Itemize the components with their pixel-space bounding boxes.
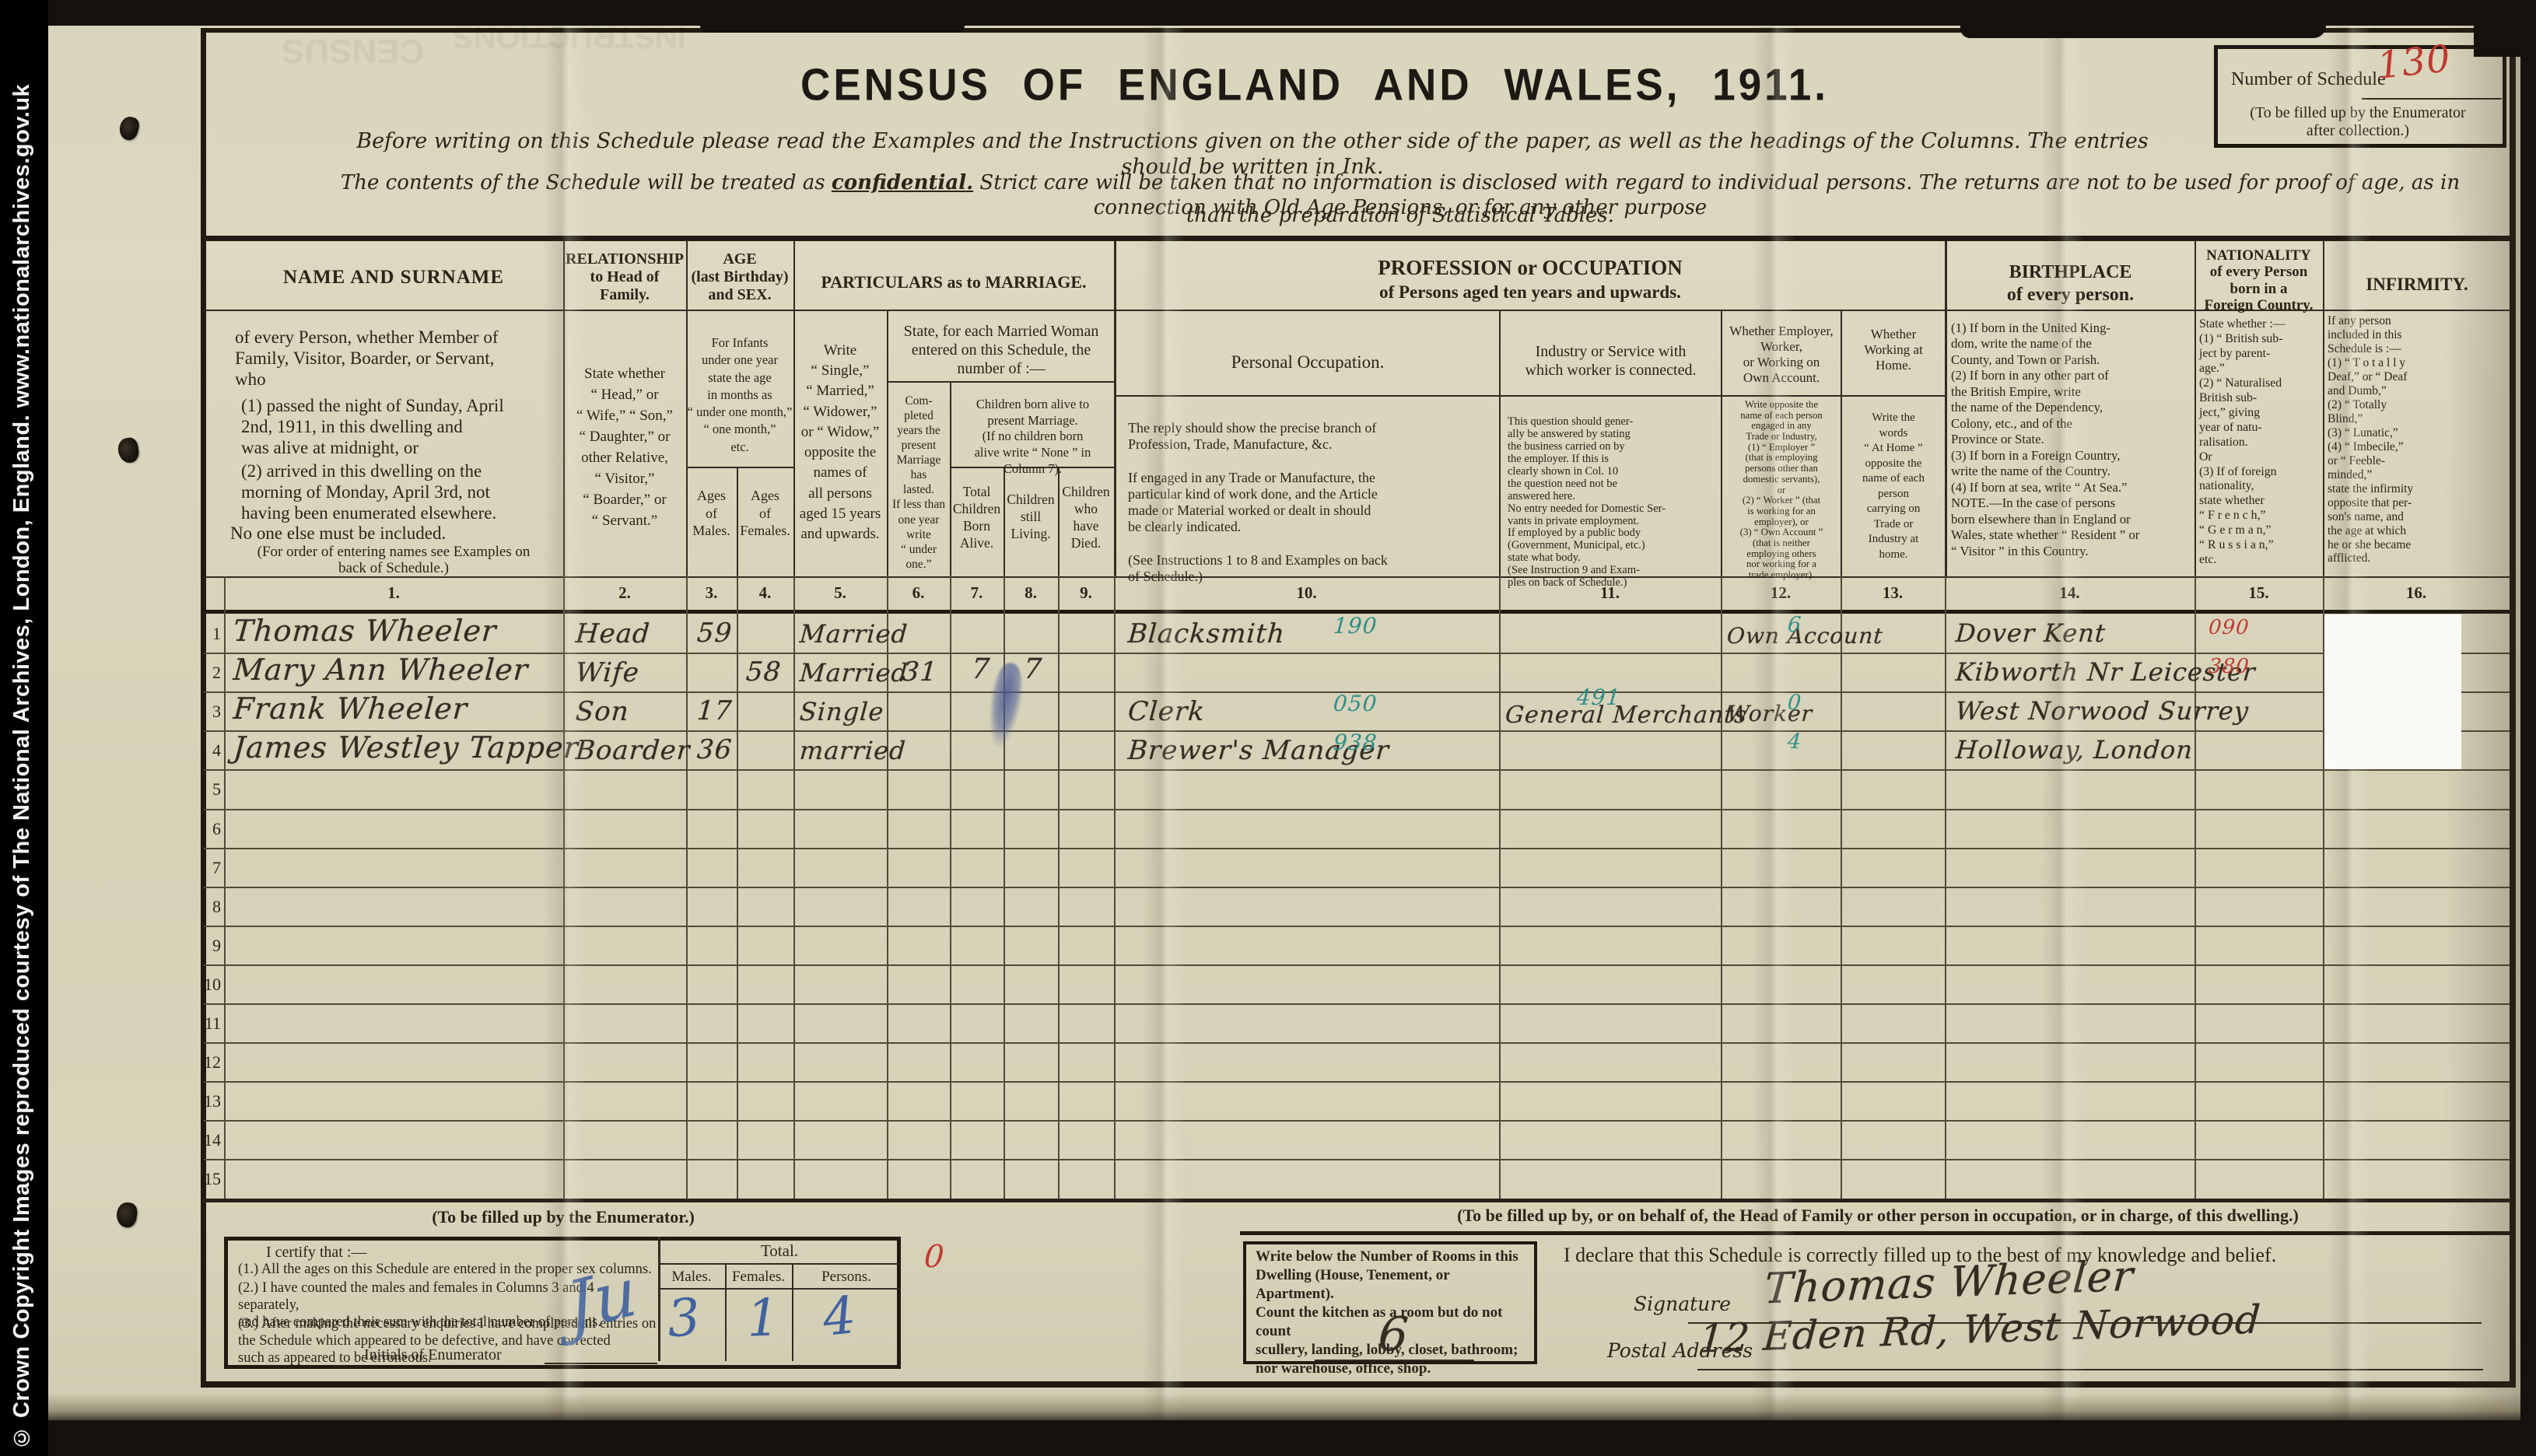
home-sub-head: Whether Working at Home. — [1844, 327, 1943, 373]
column-number: 4. — [737, 583, 793, 605]
grid-row-line — [204, 1120, 2510, 1122]
marriage-col5-instructions: Write “ Single,” “ Married,” “ Widower,”… — [795, 341, 885, 544]
grid-column-line — [950, 576, 951, 1202]
col-head-marriage: PARTICULARS as to MARRIAGE. — [797, 272, 1111, 293]
row-number: 9 — [201, 936, 221, 957]
industry-instructions: This question should gener- ally be answ… — [1508, 416, 1716, 590]
totals-rule — [658, 1263, 901, 1265]
grid-column-line — [1841, 576, 1842, 1202]
initials-label: Initials of Enumerator — [364, 1346, 502, 1364]
row-number: 15 — [201, 1169, 221, 1191]
torn-edge-bottom — [48, 1420, 2536, 1456]
address-underline — [1697, 1369, 2483, 1370]
column-line — [1945, 241, 1947, 578]
punch-hole — [115, 1202, 138, 1229]
cell-age_m: 59 — [696, 620, 734, 646]
col-head-nationality: NATIONALITY of every Person born in a Fo… — [2196, 247, 2321, 313]
grid-row-line — [204, 926, 2510, 927]
cell-occ: Blacksmith — [1127, 621, 1286, 647]
schedule-number-label: Number of Schedule — [2231, 68, 2386, 91]
cell-birth: Holloway, London — [1955, 737, 2194, 762]
column-number: 7. — [950, 583, 1004, 605]
rooms-value: 6 — [1377, 1311, 1410, 1358]
row-number: 11 — [201, 1013, 221, 1035]
cell-mar: Married — [799, 660, 909, 685]
occupation-sub-head: Personal Occupation. — [1117, 352, 1498, 373]
cell-occ_code: 938 — [1333, 732, 1378, 754]
grid-row-line — [204, 1042, 2510, 1044]
row-number: 10 — [201, 975, 221, 996]
header-rule — [887, 381, 1116, 383]
dark-edge-right — [2520, 0, 2536, 1456]
column-number: 6. — [887, 583, 950, 605]
cell-rel: Wife — [575, 660, 640, 686]
header-divider — [201, 236, 2516, 241]
certify-intro: I certify that :— — [266, 1243, 366, 1262]
name-instructions-4: No one else must be included. — [230, 523, 552, 544]
column-line — [1841, 311, 1842, 578]
row-number: 8 — [201, 897, 221, 919]
grid-row-line — [204, 1081, 2510, 1083]
copyright-text: © Crown Copyright Images reproduced cour… — [9, 12, 35, 1450]
relationship-instructions: State whether “ Head,” or “ Wife,” “ Son… — [565, 364, 685, 532]
header-rule — [1114, 395, 1946, 397]
col-head-profession-sub: of Persons aged ten years and upwards. — [1117, 282, 1943, 303]
col-head-age: AGE (last Birthday) and SEX. — [688, 250, 792, 304]
name-instructions-2: (1) passed the night of Sunday, April 2n… — [241, 395, 559, 458]
column-number: 5. — [793, 583, 887, 605]
enumerator-heading: (To be filled up by the Enumerator.) — [224, 1207, 902, 1228]
signature-label: Signature — [1634, 1293, 1731, 1317]
age-females-label: Ages of Females. — [738, 487, 792, 540]
cell-living: 7 — [1023, 656, 1043, 684]
marriage-col8-label: Children still Living. — [1005, 492, 1056, 543]
totals-label: Total. — [658, 1241, 901, 1262]
cell-rel: Head — [575, 621, 651, 647]
age-instructions: For Infants under one year state the age… — [685, 334, 795, 456]
nationality-instructions: State whether :— (1) “ British sub- ject… — [2199, 317, 2320, 568]
occupation-instructions: The reply should show the precise branch… — [1128, 420, 1494, 585]
column-number: 14. — [1945, 583, 2194, 605]
column-number: 12. — [1721, 583, 1841, 605]
birthplace-instructions: (1) If born in the United King- dom, wri… — [1951, 320, 2192, 559]
cell-birth: West Norwood Surrey — [1955, 698, 2250, 723]
grid-row-line — [204, 653, 2510, 654]
cell-years: 31 — [902, 659, 939, 685]
row-number: 7 — [201, 858, 221, 880]
grid-row-line — [204, 809, 2510, 810]
row-number: 3 — [201, 702, 221, 723]
grid-column-line — [793, 576, 795, 1202]
page-title: CENSUS OF ENGLAND AND WALES, 1911. — [397, 58, 2233, 113]
age-males-label: Ages of Males. — [688, 487, 735, 540]
name-instructions-3: (2) arrived in this dwelling on the morn… — [241, 460, 559, 523]
cell-occ_code: 050 — [1333, 693, 1378, 715]
column-number: 10. — [1114, 583, 1499, 605]
header-rule — [204, 310, 2510, 311]
grid-row-line — [204, 769, 2510, 771]
row-number: 5 — [201, 779, 221, 801]
punch-hole — [117, 115, 142, 142]
row-number: 12 — [201, 1052, 221, 1074]
confidential-word: confidential. — [832, 171, 973, 194]
grid-column-line — [1499, 576, 1501, 1202]
persons-label: Persons. — [792, 1268, 901, 1286]
schedule-number-value: 130 — [2376, 40, 2453, 85]
row-number: 4 — [201, 740, 221, 762]
torn-edge-top — [1960, 26, 2326, 38]
grid-column-line — [686, 576, 688, 1202]
cell-ind_code: 491 — [1576, 687, 1621, 709]
cell-occ: Clerk — [1127, 698, 1206, 725]
col-head-name: NAME AND SURNAME — [232, 266, 555, 290]
column-line — [2323, 241, 2324, 578]
cell-emp: Own Account — [1726, 625, 1884, 647]
cell-emp_code: 6 — [1787, 614, 1802, 635]
column-line — [1499, 311, 1501, 578]
cell-rel: Boarder — [575, 737, 692, 764]
punch-hole — [117, 436, 140, 464]
grid-row-line — [204, 1003, 2510, 1005]
column-number: 11. — [1499, 583, 1721, 605]
grid-column-line — [563, 576, 565, 1202]
grid-row-line — [204, 848, 2510, 849]
column-number: 3. — [686, 583, 737, 605]
cell-born: 7 — [971, 656, 991, 684]
confidential-pre: The contents of the Schedule will be tre… — [341, 171, 832, 194]
cell-birth: Dover Kent — [1955, 621, 2107, 646]
initials-value: Ju — [562, 1258, 641, 1342]
totals-col-line — [792, 1265, 793, 1361]
cell-age_m: 17 — [696, 698, 734, 724]
cell-name: James Westley Tapper — [233, 733, 580, 762]
grid-column-line — [1114, 576, 1116, 1202]
row-number: 2 — [201, 663, 221, 684]
grid-row-line — [204, 964, 2510, 966]
red-check-mark: 0 — [923, 1241, 946, 1272]
marriage-col9-label: Children who have Died. — [1060, 484, 1112, 552]
cell-emp_code: 0 — [1787, 692, 1802, 713]
col-head-profession: PROFESSION or OCCUPATION — [1117, 255, 1943, 281]
grid-column-line — [1945, 576, 1946, 1202]
header-rule — [686, 467, 795, 468]
grid-row-line — [204, 887, 2510, 888]
householder-rule — [1240, 1231, 2516, 1235]
cell-birth_code: 090 — [2208, 618, 2250, 638]
industry-sub-head: Industry or Service with which worker is… — [1502, 342, 1719, 380]
householder-heading: (To be filled up by, or on behalf of, th… — [1240, 1206, 2516, 1227]
cell-name: Mary Ann Wheeler — [233, 655, 530, 684]
marriage-col6-instructions: Com- pleted years the present Marriage h… — [888, 394, 949, 572]
females-label: Females. — [725, 1268, 792, 1286]
employment-instructions: Write opposite the name of each person e… — [1725, 400, 1837, 581]
marriage-col7-label: Total Children Born Alive. — [951, 484, 1002, 552]
grid-column-line — [224, 576, 226, 1202]
copyright-strip: © Crown Copyright Images reproduced cour… — [0, 0, 48, 1456]
column-number: 15. — [2194, 583, 2323, 605]
grid-row-line — [204, 1159, 2510, 1160]
cell-age_f: 58 — [745, 659, 783, 685]
bottom-shadow — [48, 1394, 2536, 1422]
signature-value: Thomas Wheeler — [1763, 1255, 2135, 1311]
column-number: 1. — [224, 583, 563, 605]
grid-column-line — [1721, 576, 1722, 1202]
name-instructions-1: of every Person, whether Member of Famil… — [235, 327, 557, 390]
row-number: 13 — [201, 1091, 221, 1113]
redaction-block — [2324, 614, 2461, 769]
col-head-birthplace: BIRTHPLACE of every person. — [1948, 261, 2193, 306]
cell-ind: General Merchants — [1504, 704, 1748, 727]
employment-sub-head: Whether Employer, Worker, or Working on … — [1724, 324, 1839, 386]
census-schedule-scan: { "sidebar": { "copyright": "© Crown Cop… — [0, 0, 2536, 1456]
cell-mar: Married — [799, 621, 909, 646]
row-number: 1 — [201, 624, 221, 646]
cell-rel: Son — [575, 698, 630, 725]
totals-col-line — [725, 1265, 727, 1361]
form-layer: CENSUS OF ENGLAND AND WALES, 1911. Befor… — [0, 0, 2536, 1456]
grid-column-line — [1058, 576, 1060, 1202]
column-line — [1721, 311, 1722, 578]
cell-name: Thomas Wheeler — [233, 616, 498, 646]
column-number: 13. — [1841, 583, 1945, 605]
cell-mar: married — [799, 738, 907, 763]
cell-age_m: 36 — [696, 737, 734, 763]
grid-bottom-rule — [204, 1199, 2510, 1202]
home-instructions: Write the words “ At Home ” opposite the… — [1844, 411, 1943, 562]
marriage-children-note: Children born alive to present Marriage.… — [953, 397, 1112, 477]
total-persons-value: 4 — [821, 1290, 860, 1344]
cell-name: Frank Wheeler — [233, 694, 469, 723]
cell-occ_code: 190 — [1333, 615, 1378, 637]
instruction-line-2: than the preparation of Statistical Tabl… — [288, 204, 2513, 229]
torn-edge-top — [700, 26, 965, 33]
form-border-bottom — [201, 1381, 2516, 1388]
column-number: 9. — [1058, 583, 1114, 605]
column-number: 2. — [563, 583, 686, 605]
row-number: 6 — [201, 819, 221, 841]
males-label: Males. — [658, 1268, 725, 1286]
col-head-relationship: RELATIONSHIP to Head of Family. — [565, 250, 685, 304]
row-number: 14 — [201, 1130, 221, 1152]
total-females-value: 1 — [746, 1292, 781, 1344]
cell-birth_code: 380 — [2208, 656, 2250, 677]
initials-underline — [545, 1363, 657, 1364]
cell-mar: Single — [799, 699, 885, 724]
marriage-married-woman-note: State, for each Married Woman entered on… — [891, 322, 1111, 378]
column-line — [1114, 241, 1116, 578]
grid-column-line — [737, 576, 738, 1202]
cell-emp_code: 4 — [1787, 731, 1802, 752]
torn-edge-top — [48, 0, 2536, 26]
total-males-value: 3 — [666, 1292, 702, 1346]
column-number: 8. — [1004, 583, 1058, 605]
name-instructions-5: (For order of entering names see Example… — [230, 544, 557, 577]
